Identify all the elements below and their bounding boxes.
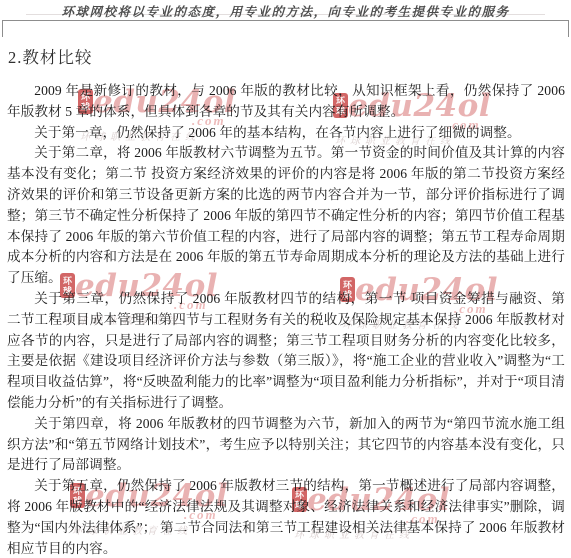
paragraph-chapter-3: 关于第三章，仍然保持了 2006 年版教材四节的结构，第一节 项目资金筹措与融资… <box>7 289 565 414</box>
paragraph-chapter-4: 关于第四章，将 2006 年版教材的四节调整为六节，新加入的两节为“第四节流水施… <box>7 414 565 476</box>
header-slogan: 环球网校将以专业的态度，用专业的方法，向专业的考生提供专业的服务 <box>0 2 571 20</box>
document-page: 环球网校将以专业的态度，用专业的方法，向专业的考生提供专业的服务 环球edu24… <box>0 0 571 558</box>
page-frame-top-border <box>2 20 569 21</box>
page-frame-right-tick <box>568 20 569 37</box>
paragraph-intro: 2009 年是新修订的教材，与 2006 年版的教材比较，从知识框架上看，仍然保… <box>7 81 565 123</box>
page-frame-left-tick <box>2 20 3 37</box>
section-title: 2.教材比较 <box>8 44 565 68</box>
document-body: 2.教材比较 2009 年是新修订的教材，与 2006 年版的教材比较，从知识框… <box>7 44 565 558</box>
paragraph-chapter-5: 关于第五章，仍然保持了 2006 年版教材三节的结构，第一节概述进行了局部内容调… <box>7 476 565 558</box>
paragraph-chapter-1: 关于第一章，仍然保持了 2006 年的基本结构，在各节内容上进行了细微的调整。 <box>7 123 565 144</box>
paragraph-chapter-2: 关于第二章，将 2006 年版教材六节调整为五节。第一节资金的时间价值及其计算的… <box>7 143 565 289</box>
